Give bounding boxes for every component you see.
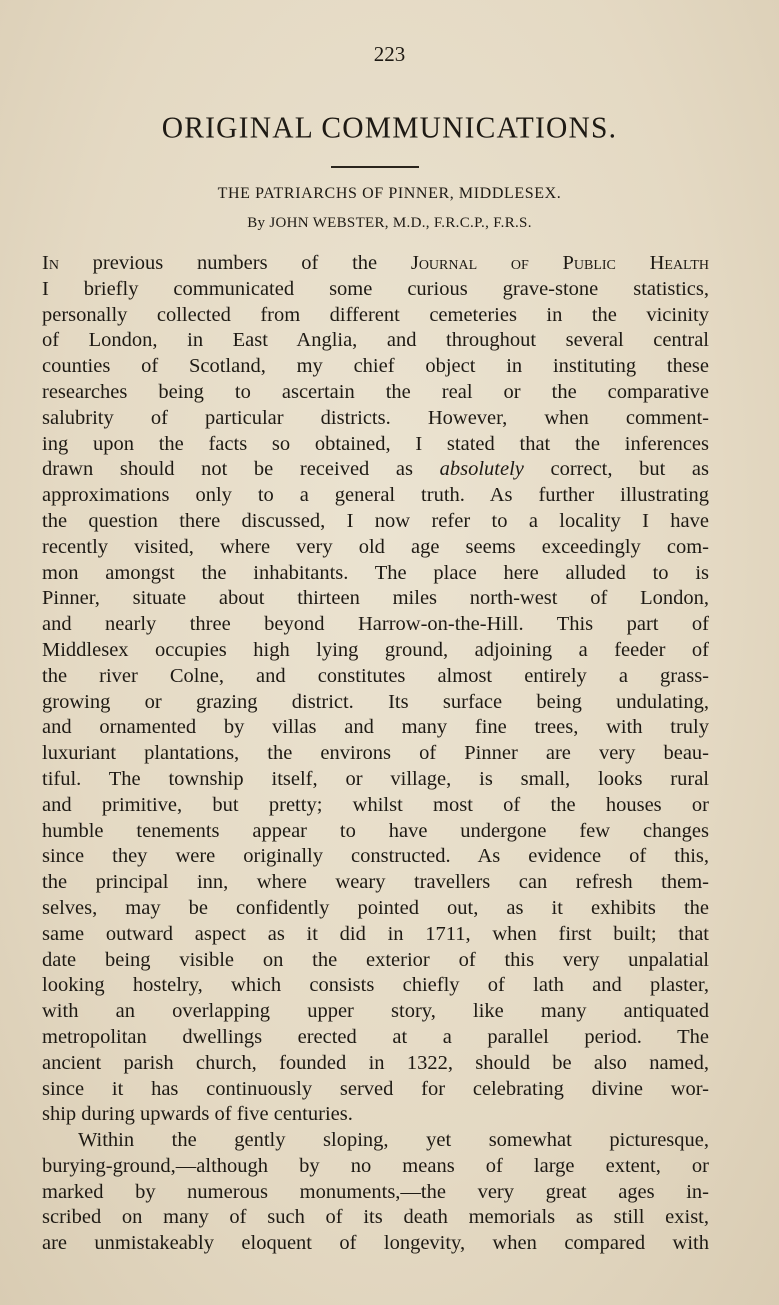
body-line: In previous numbers of the Journal of Pu…: [42, 251, 709, 277]
body-line: metropolitan dwellings erected at a para…: [42, 1025, 709, 1051]
body-line: the river Colne, and constitutes almost …: [42, 664, 709, 690]
body-line: are unmistakeably eloquent of longevity,…: [42, 1231, 709, 1257]
emphasis: absolutely: [440, 458, 524, 480]
page-number: 223: [0, 42, 779, 67]
body-line: approximations only to a general truth. …: [42, 483, 709, 509]
body-line: mon amongst the inhabitants. The place h…: [42, 561, 709, 587]
section-title: ORIGINAL COMMUNICATIONS.: [0, 111, 779, 146]
body-line: growing or grazing district. Its surface…: [42, 690, 709, 716]
body-line: salubrity of particular districts. Howev…: [42, 406, 709, 432]
body-line: personally collected from different ceme…: [42, 303, 709, 329]
body-line: luxuriant plantations, the environs of P…: [42, 741, 709, 767]
body-line: of London, in East Anglia, and throughou…: [42, 328, 709, 354]
paragraph-start-line: Within the gently sloping, yet somewhat …: [42, 1128, 709, 1154]
body-text: correct, but as: [524, 458, 709, 480]
byline: By JOHN WEBSTER, M.D., F.R.C.P., F.R.S.: [0, 215, 779, 232]
body-line: tiful. The township itself, or village, …: [42, 767, 709, 793]
body-line: selves, may be confidently pointed out, …: [42, 896, 709, 922]
body-text: drawn should not be received as: [42, 458, 440, 480]
article-body: In previous numbers of the Journal of Pu…: [42, 251, 709, 1257]
body-line: marked by numerous monuments,—the very g…: [42, 1180, 709, 1206]
journal-name: Journal of Public Health: [411, 252, 709, 274]
body-line: date being visible on the exterior of th…: [42, 948, 709, 974]
body-line: and primitive, but pretty; whilst most o…: [42, 793, 709, 819]
body-line: ancient parish church, founded in 1322, …: [42, 1051, 709, 1077]
body-line: humble tenements appear to have undergon…: [42, 819, 709, 845]
body-line: burying-ground,—although by no means of …: [42, 1154, 709, 1180]
body-line: and ornamented by villas and many fine t…: [42, 715, 709, 741]
body-line: looking hostelry, which consists chiefly…: [42, 973, 709, 999]
drop-small-caps: In: [42, 252, 59, 274]
paragraph-end-line: ship during upwards of five centuries.: [42, 1102, 709, 1128]
body-line: ing upon the facts so obtained, I stated…: [42, 432, 709, 458]
body-line: and nearly three beyond Harrow-on-the-Hi…: [42, 612, 709, 638]
body-line: with an overlapping upper story, like ma…: [42, 999, 709, 1025]
body-line: recently visited, where very old age see…: [42, 535, 709, 561]
body-line: since they were originally constructed. …: [42, 844, 709, 870]
article-title: THE PATRIARCHS OF PINNER, MIDDLESEX.: [0, 185, 779, 203]
body-line: I briefly communicated some curious grav…: [42, 277, 709, 303]
title-rule: [331, 166, 419, 168]
body-line: scribed on many of such of its death mem…: [42, 1205, 709, 1231]
body-line: since it has continuously served for cel…: [42, 1077, 709, 1103]
body-text: previous numbers of the: [59, 252, 411, 274]
body-line: the question there discussed, I now refe…: [42, 509, 709, 535]
body-line: the principal inn, where weary traveller…: [42, 870, 709, 896]
body-line: drawn should not be received as absolute…: [42, 457, 709, 483]
body-line: Pinner, situate about thirteen miles nor…: [42, 586, 709, 612]
body-line: Middlesex occupies high lying ground, ad…: [42, 638, 709, 664]
body-line: same outward aspect as it did in 1711, w…: [42, 922, 709, 948]
body-line: counties of Scotland, my chief object in…: [42, 354, 709, 380]
body-line: researches being to ascertain the real o…: [42, 380, 709, 406]
